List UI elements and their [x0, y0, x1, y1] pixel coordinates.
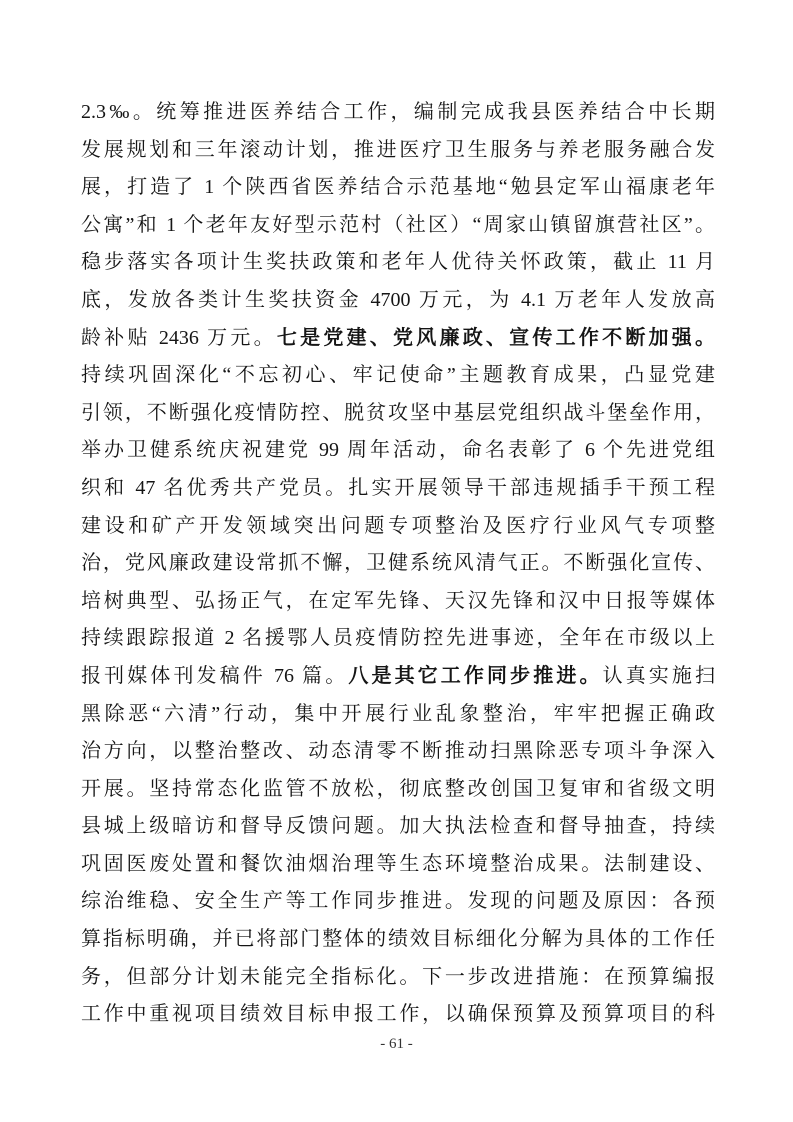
text-line: 县城上级暗访和督导反馈问题。加大执法检查和督导抽查，持续: [81, 808, 715, 846]
text-line: 治，党风廉政建设常抓不懈，卫健系统风清气正。不断强化宣传、: [81, 545, 715, 583]
text-line: 报刊媒体刊发稿件 76 篇。八是其它工作同步推进。认真实施扫: [81, 658, 715, 696]
document-page: 2.3‰。统筹推进医养结合工作，编制完成我县医养结合中长期发展规划和三年滚动计划…: [0, 0, 793, 1122]
bold-text-segment: 八是其它工作同步推进。: [348, 665, 602, 687]
text-segment: 龄补贴 2436 万元。: [81, 327, 277, 349]
text-line: 2.3‰。统筹推进医养结合工作，编制完成我县医养结合中长期: [81, 94, 715, 132]
text-segment: 务，但部分计划未能完全指标化。下一步改进措施：在预算编报: [81, 966, 715, 988]
text-line: 治方向，以整治整改、动态清零不断推动扫黑除恶专项斗争深入: [81, 733, 715, 771]
text-segment: 算指标明确，并已将部门整体的绩效目标细化分解为具体的工作任: [81, 928, 715, 950]
page-number: - 61 -: [0, 1033, 793, 1055]
text-line: 培树典型、弘扬正气，在定军先锋、天汉先锋和汉中日报等媒体: [81, 583, 715, 621]
text-segment: 持续巩固深化“不忘初心、牢记使命”主题教育成果，凸显党建: [81, 364, 715, 386]
text-segment: 培树典型、弘扬正气，在定军先锋、天汉先锋和汉中日报等媒体: [81, 590, 715, 612]
text-segment: 底，发放各类计生奖扶资金 4700 万元，为 4.1 万老年人发放高: [81, 289, 715, 311]
text-segment: 织和 47 名优秀共产党员。扎实开展领导干部违规插手干预工程: [81, 477, 715, 499]
text-line: 公寓”和 1 个老年友好型示范村（社区）“周家山镇留旗营社区”。: [81, 207, 715, 245]
text-segment: 发展规划和三年滚动计划，推进医疗卫生服务与养老服务融合发: [81, 139, 715, 161]
text-line: 举办卫健系统庆祝建党 99 周年活动，命名表彰了 6 个先进党组: [81, 432, 715, 470]
text-segment: 巩固医废处置和餐饮油烟治理等生态环境整治成果。法制建设、: [81, 853, 715, 875]
text-segment: 综治维稳、安全生产等工作同步推进。发现的问题及原因：各预: [81, 890, 715, 912]
text-line: 织和 47 名优秀共产党员。扎实开展领导干部违规插手干预工程: [81, 470, 715, 508]
text-line: 算指标明确，并已将部门整体的绩效目标细化分解为具体的工作任: [81, 921, 715, 959]
text-line: 持续跟踪报道 2 名援鄂人员疫情防控先进事迹，全年在市级以上: [81, 620, 715, 658]
text-line: 底，发放各类计生奖扶资金 4700 万元，为 4.1 万老年人发放高: [81, 282, 715, 320]
text-line: 开展。坚持常态化监管不放松，彻底整改创国卫复审和省级文明: [81, 771, 715, 809]
text-segment: 工作中重视项目绩效目标申报工作，以确保预算及预算项目的科: [81, 1003, 715, 1025]
text-line: 工作中重视项目绩效目标申报工作，以确保预算及预算项目的科: [81, 996, 715, 1034]
text-segment: 县城上级暗访和督导反馈问题。加大执法检查和督导抽查，持续: [81, 815, 715, 837]
text-segment: 治方向，以整治整改、动态清零不断推动扫黑除恶专项斗争深入: [81, 740, 715, 762]
text-line: 展，打造了 1 个陕西省医养结合示范基地“勉县定军山福康老年: [81, 169, 715, 207]
text-segment: 公寓”和 1 个老年友好型示范村（社区）“周家山镇留旗营社区”。: [81, 214, 715, 236]
body-text: 2.3‰。统筹推进医养结合工作，编制完成我县医养结合中长期发展规划和三年滚动计划…: [81, 94, 715, 1034]
text-line: 稳步落实各项计生奖扶政策和老年人优待关怀政策，截止 11 月: [81, 244, 715, 282]
text-segment: 稳步落实各项计生奖扶政策和老年人优待关怀政策，截止 11 月: [81, 251, 715, 273]
text-line: 建设和矿产开发领域突出问题专项整治及医疗行业风气专项整: [81, 508, 715, 546]
text-line: 持续巩固深化“不忘初心、牢记使命”主题教育成果，凸显党建: [81, 357, 715, 395]
text-line: 发展规划和三年滚动计划，推进医疗卫生服务与养老服务融合发: [81, 132, 715, 170]
text-segment: 引领，不断强化疫情防控、脱贫攻坚中基层党组织战斗堡垒作用，: [81, 402, 715, 424]
text-segment: 2.3‰。统筹推进医养结合工作，编制完成我县医养结合中长期: [81, 101, 715, 123]
text-line: 综治维稳、安全生产等工作同步推进。发现的问题及原因：各预: [81, 883, 715, 921]
text-segment: 报刊媒体刊发稿件 76 篇。: [81, 665, 348, 687]
text-segment: 认真实施扫: [603, 665, 715, 687]
text-segment: 展，打造了 1 个陕西省医养结合示范基地“勉县定军山福康老年: [81, 176, 715, 198]
text-line: 黑除恶“六清”行动，集中开展行业乱象整治，牢牢把握正确政: [81, 696, 715, 734]
text-segment: 开展。坚持常态化监管不放松，彻底整改创国卫复审和省级文明: [81, 778, 715, 800]
text-segment: 建设和矿产开发领域突出问题专项整治及医疗行业风气专项整: [81, 515, 715, 537]
text-segment: 举办卫健系统庆祝建党 99 周年活动，命名表彰了 6 个先进党组: [81, 439, 715, 461]
text-line: 务，但部分计划未能完全指标化。下一步改进措施：在预算编报: [81, 959, 715, 997]
text-line: 引领，不断强化疫情防控、脱贫攻坚中基层党组织战斗堡垒作用，: [81, 395, 715, 433]
text-line: 巩固医废处置和餐饮油烟治理等生态环境整治成果。法制建设、: [81, 846, 715, 884]
text-line: 龄补贴 2436 万元。七是党建、党风廉政、宣传工作不断加强。: [81, 320, 715, 358]
text-segment: 治，党风廉政建设常抓不懈，卫健系统风清气正。不断强化宣传、: [81, 552, 715, 574]
bold-text-segment: 七是党建、党风廉政、宣传工作不断加强。: [277, 327, 715, 349]
text-segment: 黑除恶“六清”行动，集中开展行业乱象整治，牢牢把握正确政: [81, 703, 715, 725]
text-segment: 持续跟踪报道 2 名援鄂人员疫情防控先进事迹，全年在市级以上: [81, 627, 715, 649]
